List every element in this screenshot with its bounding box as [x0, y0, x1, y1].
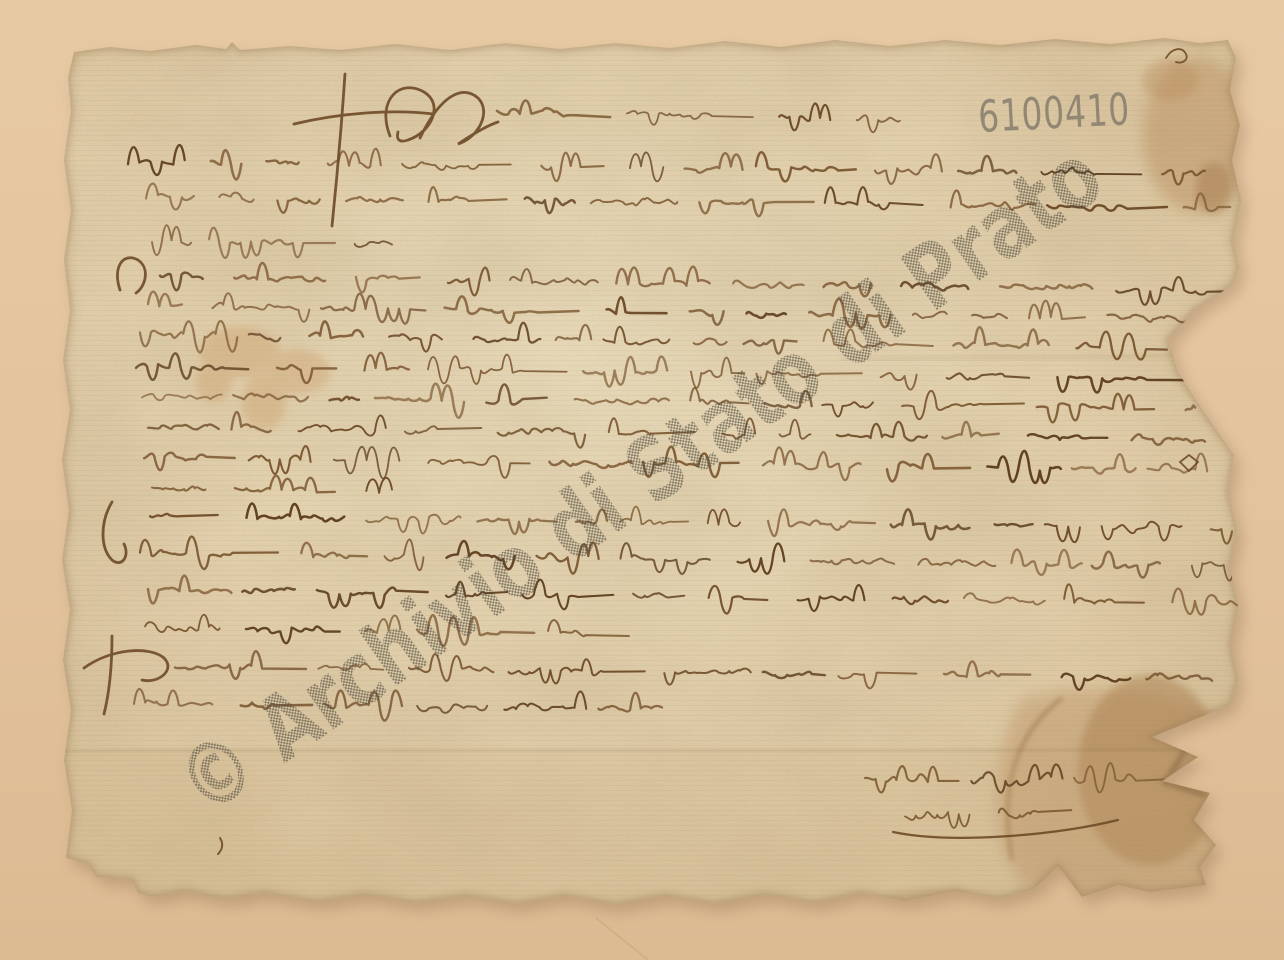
stain-top-right-small — [1142, 60, 1198, 100]
manuscript-scan: 6100410 © Archivio di Stato di Prato — [0, 0, 1284, 960]
scan-viewport: 6100410 © Archivio di Stato di Prato — [0, 0, 1284, 960]
